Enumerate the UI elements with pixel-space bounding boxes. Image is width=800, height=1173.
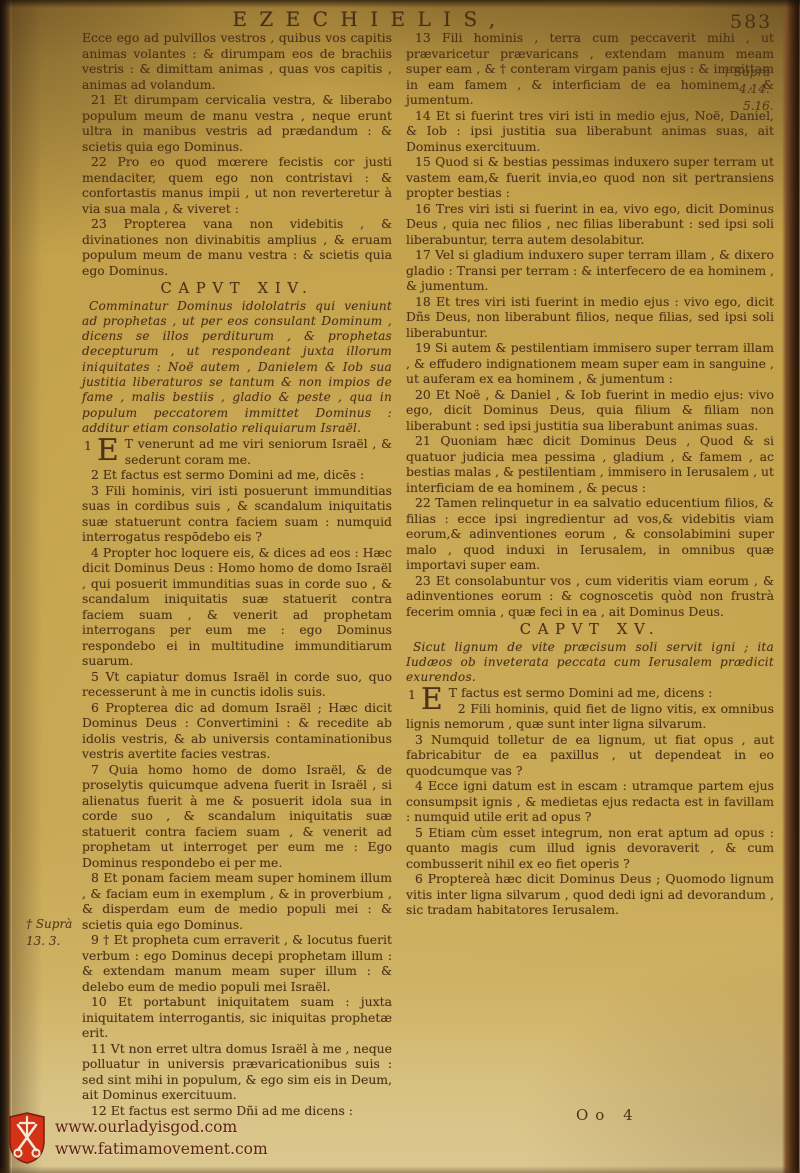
margin-note-line: † Suprà [26,916,72,933]
verse-paragraph: 3 Numquid tolletur de ea lignum, ut fiat… [406,732,774,779]
book-edge-bottom [0,1166,800,1173]
verse-paragraph: 18 Et tres viri isti fuerint in medio ej… [406,294,774,341]
verse-number: 13 [415,30,431,45]
watermark-footer: www.ourladyisgod.com www.fatimamovement.… [8,1112,268,1164]
verse-number: 23 [91,216,107,231]
verse-paragraph: 2 Fili hominis, quid fiet de ligno vitis… [406,701,774,732]
verse-paragraph: 1ET venerunt ad me viri seniorum Israël … [82,436,392,467]
verse-number: 4 [415,778,423,793]
column-left: Ecce ego ad pulvillos vestros , quibus v… [82,30,392,1118]
verse-paragraph: 5 Vt capiatur domus Israël in corde suo,… [82,669,392,700]
watermark-url: www.fatimamovement.com [55,1138,268,1160]
verse-number: 11 [91,1041,107,1056]
verse-number: 15 [415,154,431,169]
margin-note-line: 13. 3. [26,933,72,950]
gutter-shadow [12,0,42,1173]
verse-number: 5 [415,825,423,840]
verse-number: 3 [415,732,423,747]
verse-paragraph: 1ET factus est sermo Domini ad me, dicen… [406,685,774,701]
verse-number: 2 [458,701,466,716]
chapter-summary: Sicut lignum de vite præcisum soli servi… [406,640,774,686]
verse-paragraph: 21 Et dirumpam cervicalia vestra, & libe… [82,92,392,154]
verse-paragraph: 22 Pro eo quod mœrere fecistis cor justi… [82,154,392,216]
margin-note-line: † Suprà [724,64,774,81]
margin-note-right: † Suprà 4.14. 5.16. [724,64,774,115]
signature-mark: Oo 4 [576,1106,640,1124]
verse-number: 4 [91,545,99,560]
verse-number: 1 [408,687,416,702]
text-columns: Ecce ego ad pulvillos vestros , quibus v… [82,30,774,1118]
verse-number: 23 [415,573,431,588]
verse-paragraph: 23 Et consolabuntur vos , cum videritis … [406,573,774,620]
verse-number: 3 [91,483,99,498]
chapter-summary: Comminatur Dominus idololatris qui veniu… [82,299,392,437]
verse-paragraph: 3 Fili hominis, viri isti posuerunt immu… [82,483,392,545]
verse-paragraph: 13 Fili hominis , terra cum peccaverit m… [406,30,774,108]
verse-number: 7 [91,762,99,777]
verse-paragraph: 14 Et si fuerint tres viri isti in medio… [406,108,774,155]
margin-note-line: 5.16. [724,98,774,115]
chapter-heading: CAPVT XIV. [82,281,392,297]
verse-number: 8 [91,870,99,885]
verse-initial-group: 1E [84,438,119,464]
verse-number: 6 [415,871,423,886]
verse-number: 20 [415,387,431,402]
verse-initial-group: 1E [408,687,443,713]
verse-paragraph: 19 Si autem & pestilentiam immisero supe… [406,340,774,387]
continuation-paragraph: Ecce ego ad pulvillos vestros , quibus v… [82,30,392,92]
verse-paragraph: 6 Propterea dic ad domum Israël ; Hæc di… [82,700,392,762]
chapter-heading: CAPVT XV. [406,622,774,638]
verse-number: 22 [91,154,107,169]
margin-note-left: † Suprà 13. 3. [26,916,72,950]
verse-paragraph: 6 Proptereà hæc dicit Dominus Deus ; Quo… [406,871,774,918]
verse-number: 17 [415,247,431,262]
verse-number: 21 [91,92,107,107]
verse-paragraph: 23 Propterea vana non videbitis , & divi… [82,216,392,278]
column-right: 13 Fili hominis , terra cum peccaverit m… [406,30,774,1118]
verse-number: 6 [91,700,99,715]
verse-paragraph: 17 Vel si gladium induxero super terram … [406,247,774,294]
verse-number: 14 [415,108,431,123]
verse-paragraph: 4 Ecce igni datum est in escam : utramqu… [406,778,774,825]
watermark-urls: www.ourladyisgod.com www.fatimamovement.… [55,1116,268,1160]
verse-number: 16 [415,201,431,216]
verse-number: 19 [415,340,431,355]
running-header-title: EZECHIELIS, [0,7,740,31]
verse-number: 2 [91,467,99,482]
drop-cap: E [421,682,443,717]
scanned-book-page: EZECHIELIS, 583 Ecce ego ad pulvillos ve… [0,0,800,1173]
verse-paragraph: 16 Tres viri isti si fuerint in ea, vivo… [406,201,774,248]
verse-number: 10 [91,994,107,1009]
verse-number: 1 [84,438,92,453]
verse-number: 9 [91,932,99,947]
verse-paragraph: 9 † Et propheta cum erraverit , & locutu… [82,932,392,994]
verse-paragraph: 11 Vt non erret ultra domus Israël à me … [82,1041,392,1103]
drop-cap: E [97,433,119,468]
watermark-url: www.ourladyisgod.com [55,1116,268,1138]
verse-number: 18 [415,294,431,309]
verse-paragraph: 15 Quod si & bestias pessimas induxero s… [406,154,774,201]
verse-paragraph: 10 Et portabunt iniquitatem suam : juxta… [82,994,392,1041]
papal-keys-logo [8,1112,46,1164]
book-edge-right [782,0,800,1173]
verse-number: 21 [415,433,431,448]
verse-number: 5 [91,669,99,684]
book-edge-left [0,0,12,1173]
verse-paragraph: 20 Et Noë , & Daniel , & Iob fuerint in … [406,387,774,434]
margin-note-line: 4.14. [724,81,774,98]
verse-number: 22 [415,495,431,510]
verse-paragraph: 2 Et factus est sermo Domini ad me, dicē… [82,467,392,483]
verse-paragraph: 5 Etiam cùm esset integrum, non erat apt… [406,825,774,872]
verse-paragraph: 22 Tamen relinquetur in ea salvatio educ… [406,495,774,573]
verse-paragraph: 21 Quoniam hæc dicit Dominus Deus , Quod… [406,433,774,495]
verse-paragraph: 8 Et ponam faciem meam super hominem ill… [82,870,392,932]
verse-paragraph: 4 Propter hoc loquere eis, & dices ad eo… [82,545,392,669]
verse-paragraph: 7 Quia homo homo de domo Israël, & de pr… [82,762,392,871]
